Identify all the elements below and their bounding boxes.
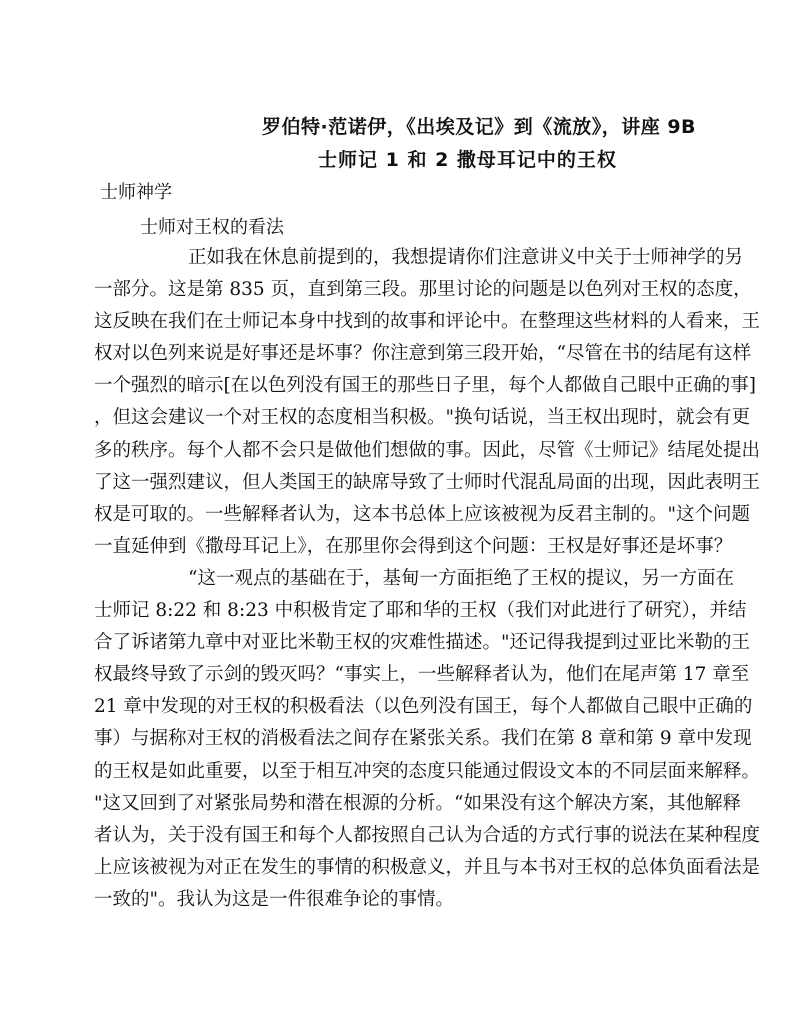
paragraph-1-line: 一直延伸到《撒母耳记上》，在那里你会得到这个问题：王权是好事还是坏事？: [94, 533, 694, 565]
section-heading: 士师神学: [100, 178, 172, 204]
paragraph-1-line: 一个强烈的暗示[在以色列没有国王的那些日子里，每个人都做自己眼中正确的事]: [94, 372, 694, 404]
paragraph-1-line: 多的秩序。每个人都不会只是做他们想做的事。因此，尽管《士师记》结尾处提出: [94, 437, 694, 469]
document-subtitle: 士师记 1 和 2 撒母耳记中的王权: [318, 145, 617, 172]
paragraph-2-line: 一致的"。我认为这是一件很难争论的事情。: [94, 886, 694, 918]
paragraph-1-line: 权对以色列来说是好事还是坏事？你注意到第三段开始，“尽管在书的结尾有这样: [94, 340, 694, 372]
document-page: 罗伯特·范诺伊，《出埃及记》到《流放》，讲座 9B 士师记 1 和 2 撒母耳记…: [0, 0, 791, 1024]
paragraph-2-line: 权最终导致了示剑的毁灭吗？“事实上，一些解释者认为，他们在尾声第 17 章至: [94, 661, 694, 693]
paragraph-2-line: 上应该被视为对正在发生的事情的积极意义，并且与本书对王权的总体负面看法是: [94, 854, 694, 886]
paragraph-2-line: 合了诉诸第九章中对亚比米勒王权的灾难性描述。"还记得我提到过亚比米勒的王: [94, 629, 694, 661]
paragraph-1-line: 一部分。这是第 835 页，直到第三段。那里讨论的问题是以色列对王权的态度，: [94, 276, 694, 308]
paragraph-1-line: ，但这会建议一个对王权的态度相当积极。"换句话说，当王权出现时，就会有更: [94, 404, 694, 436]
paragraph-2-line: “这一观点的基础在于，基甸一方面拒绝了王权的提议，另一方面在: [94, 565, 694, 597]
paragraph-2-line: 士师记 8:22 和 8:23 中积极肯定了耶和华的王权（我们对此进行了研究），…: [94, 597, 694, 629]
paragraph-2-line: 者认为，关于没有国王和每个人都按照自己认为合适的方式行事的说法在某种程度: [94, 822, 694, 854]
body-text: 正如我在休息前提到的，我想提请你们注意讲义中关于士师神学的另 一部分。这是第 8…: [94, 244, 694, 918]
paragraph-1-line: 了这一强烈建议，但人类国王的缺席导致了士师时代混乱局面的出现，因此表明王: [94, 469, 694, 501]
document-title: 罗伯特·范诺伊，《出埃及记》到《流放》，讲座 9B: [262, 112, 696, 139]
paragraph-1-line: 权是可取的。一些解释者认为，这本书总体上应该被视为反君主制的。"这个问题: [94, 501, 694, 533]
paragraph-2-line: 21 章中发现的对王权的积极看法（以色列没有国王，每个人都做自己眼中正确的: [94, 693, 694, 725]
paragraph-1-line: 这反映在我们在士师记本身中找到的故事和评论中。在整理这些材料的人看来，王: [94, 308, 694, 340]
paragraph-2-line: 的王权是如此重要，以至于相互冲突的态度只能通过假设文本的不同层面来解释。: [94, 758, 694, 790]
paragraph-2-line: "这又回到了对紧张局势和潜在根源的分析。“如果没有这个解决方案，其他解释: [94, 790, 694, 822]
paragraph-2-line: 事）与据称对王权的消极看法之间存在紧张关系。我们在第 8 章和第 9 章中发现: [94, 725, 694, 757]
subsection-heading: 士师对王权的看法: [140, 213, 284, 239]
paragraph-1-line: 正如我在休息前提到的，我想提请你们注意讲义中关于士师神学的另: [94, 244, 694, 276]
